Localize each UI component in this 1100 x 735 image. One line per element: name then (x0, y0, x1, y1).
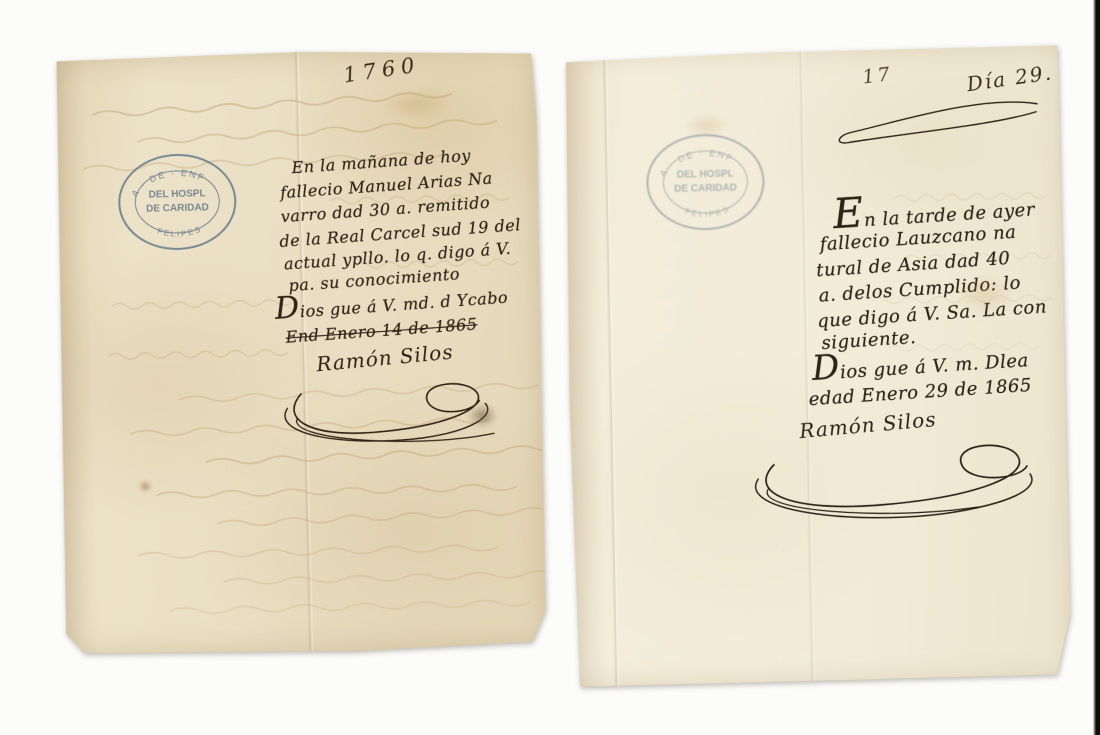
scan-edge-strip (1093, 0, 1100, 735)
right-page-fold (562, 54, 608, 687)
document-right: 17 Día 29. A · DE · ENF DEL HOSPL DE CAR… (562, 45, 1072, 686)
aging-spot (382, 88, 453, 120)
scanned-documents-photo: 1760 A · DE · ENF DEL HOSPL DE CARIDAD F… (0, 0, 1100, 735)
stamp-center-line2: DE CARIDAD (674, 183, 737, 195)
svg-text:FELIPES: FELIPES (684, 204, 732, 219)
paper-spot (139, 481, 151, 492)
charity-hospital-stamp: A · DE · ENF DEL HOSPL DE CARIDAD FELIPE… (641, 129, 769, 235)
document-right-paper: 17 Día 29. A · DE · ENF DEL HOSPL DE CAR… (562, 45, 1072, 686)
stamp-center-line1: DEL HOSPL (148, 188, 205, 200)
document-left-paper: 1760 A · DE · ENF DEL HOSPL DE CARIDAD F… (51, 46, 550, 658)
signature-rubric-flourish (266, 347, 504, 453)
document-left: 1760 A · DE · ENF DEL HOSPL DE CARIDAD F… (51, 46, 550, 658)
left-page-fold (51, 57, 100, 658)
stamp-arc-bottom-text: FELIPES (156, 224, 204, 239)
svg-text:FELIPES: FELIPES (156, 224, 204, 239)
right-page-fold-crease (602, 54, 620, 686)
registry-number: 1760 (342, 52, 422, 87)
stamp-center-line2: DE CARIDAD (146, 202, 209, 215)
page-number: 17 (861, 63, 894, 89)
signature-rubric-flourish (729, 412, 1051, 530)
header-underline-flourish (831, 92, 1044, 152)
stamp-center-line1: DEL HOSPL (677, 169, 734, 181)
charity-hospital-stamp: A · DE · ENF DEL HOSPL DE CARIDAD FELIPE… (113, 148, 242, 255)
stamp-arc-bottom-text: FELIPES (684, 204, 732, 219)
